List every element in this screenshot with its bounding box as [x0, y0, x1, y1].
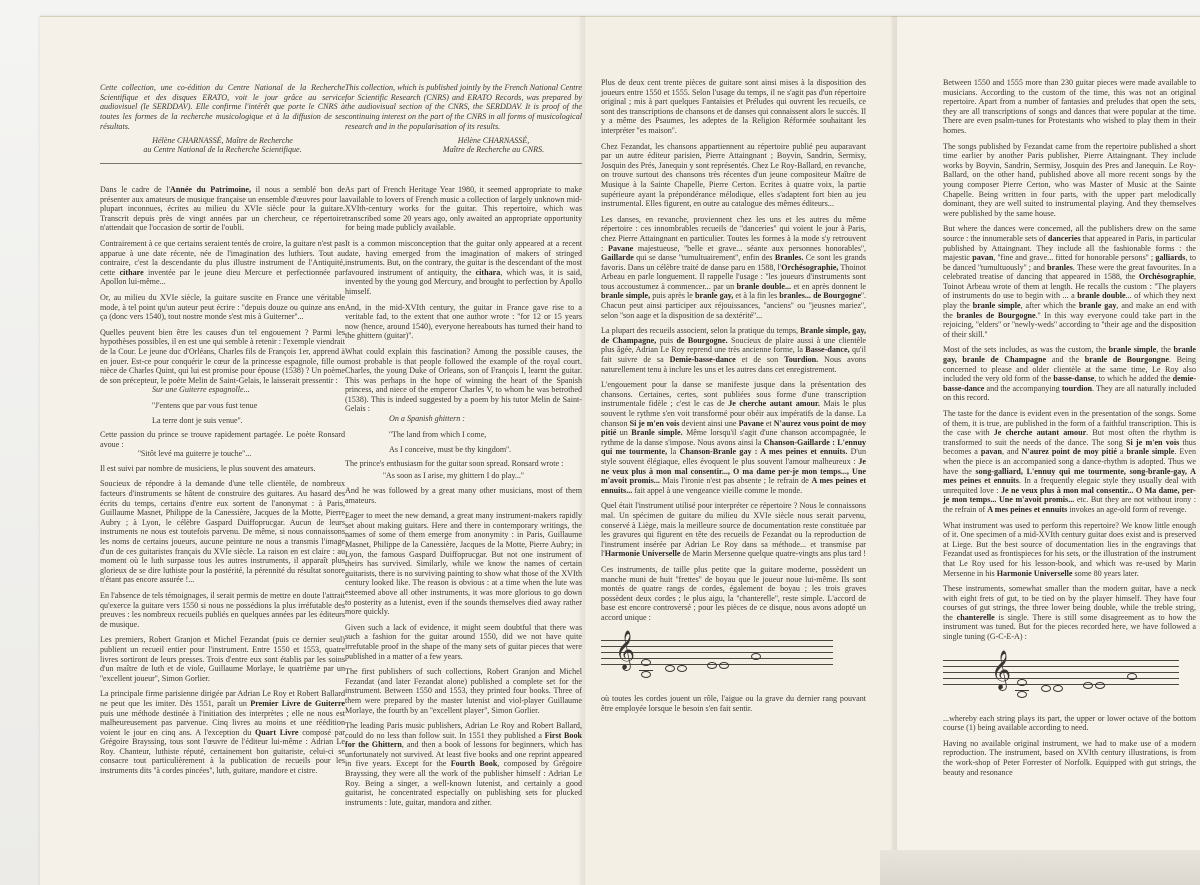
note-icon — [1095, 682, 1105, 689]
paragraph: Quel était l'instrument utilisé pour int… — [601, 501, 866, 559]
note-icon — [665, 665, 675, 672]
paragraph: Les premiers, Robert Granjon et Michel F… — [100, 635, 345, 683]
paragraph: The songs published by Fezandat came fro… — [943, 142, 1196, 219]
intro-french: Cette collection, une co-édition du Cent… — [100, 83, 345, 155]
note-icon — [1017, 691, 1027, 698]
paragraph: Having no available original instrument,… — [943, 739, 1196, 777]
paragraph: Dans le cadre de l'Année du Patrimoine, … — [100, 185, 345, 233]
note-icon — [1127, 673, 1137, 680]
column-english-2: Between 1550 and 1555 more than 230 guit… — [943, 78, 1196, 783]
paragraph: La plupart des recueils associent, selon… — [601, 326, 866, 374]
paragraph: Ces instruments, de taille plus petite q… — [601, 565, 866, 623]
paragraph: La principale firme parisienne dirigée p… — [100, 689, 345, 775]
poem-line: As I conceive, must be thy kingdom''. — [345, 445, 582, 455]
poem-line: ''The land from which I come, — [345, 430, 582, 440]
note-icon — [707, 662, 717, 669]
paragraph: And he was followed by a great many othe… — [345, 486, 582, 505]
quote: ''As soon as I arise, my ghittern I do p… — [345, 471, 582, 481]
column-english-1: As part of French Heritage Year 1980, it… — [345, 185, 582, 813]
signature-line: Hélène CHARNASSÉ, Maître de Recherche — [100, 136, 345, 146]
signature: Hélène CHARNASSÉ, Maître de Recherche au… — [345, 136, 582, 155]
intro-french-text: Cette collection, une co-édition du Cent… — [100, 83, 345, 132]
signature: Hélène CHARNASSÉ, Maître de Recherche au… — [100, 136, 345, 155]
paragraph: The leading Paris music publishers, Adri… — [345, 721, 582, 807]
signature-line: au Centre National de la Recherche Scien… — [100, 145, 345, 155]
paragraph: As part of French Heritage Year 1980, it… — [345, 185, 582, 233]
paragraph: L'engouement pour la danse se manifeste … — [601, 380, 866, 495]
paragraph: En l'absence de tels témoignages, il ser… — [100, 591, 345, 629]
intro-english-text: This collection, which is published join… — [345, 83, 582, 132]
paragraph: Most of the sets includes, as was the cu… — [943, 345, 1196, 403]
sleeve-shadow — [880, 850, 1200, 885]
paragraph: Or, au milieu du XVIe siècle, la guitare… — [100, 293, 345, 322]
paragraph: Contrairement à ce que certains seraient… — [100, 239, 345, 287]
intro-english: This collection, which is published join… — [345, 83, 582, 155]
sleeve-fold — [890, 16, 898, 885]
paragraph: The prince's enthusiasm for the guitar s… — [345, 459, 582, 469]
paragraph: It is a common misconception that the gu… — [345, 239, 582, 297]
paragraph: What could explain this fascination? Amo… — [345, 347, 582, 414]
paragraph: What instrument was used to perform this… — [943, 521, 1196, 579]
paragraph: But where the dances were concerned, all… — [943, 224, 1196, 339]
paragraph: Quelles peuvent bien être les causes d'u… — [100, 328, 345, 386]
paragraph: Eager to meet the new demand, a great ma… — [345, 511, 582, 617]
paragraph: Cette passion du prince se trouve rapide… — [100, 430, 345, 449]
poem-line: La terre dont je suis venue''. — [100, 416, 345, 426]
note-icon — [1083, 682, 1093, 689]
paragraph: These instruments, somewhat smaller than… — [943, 584, 1196, 642]
paragraph: où toutes les cordes jouent un rôle, l'a… — [601, 694, 866, 713]
quote: ''Sitôt levé ma guiterre je touche''... — [100, 449, 345, 459]
paragraph: Il est suivi par nombre de musiciens, le… — [100, 464, 345, 474]
poem-line: ''J'entens que par vous fust tenue — [100, 401, 345, 411]
paragraph: Les danses, en revanche, proviennent che… — [601, 215, 866, 321]
paragraph: The first publishers of such collections… — [345, 667, 582, 715]
paragraph: Plus de deux cent trente pièces de guita… — [601, 78, 866, 136]
tuning-staff-notation: 𝄞 — [943, 652, 1179, 704]
paragraph: Soucieux de répondre à la demande d'une … — [100, 479, 345, 585]
poem-title: Sur une Guiterre espagnolle... — [100, 385, 345, 395]
note-icon — [719, 662, 729, 669]
note-icon — [1053, 685, 1063, 692]
paragraph: Given such a lack of evidence, it might … — [345, 623, 582, 661]
column-french-2: Plus de deux cent trente pièces de guita… — [601, 78, 866, 720]
poem-title: On a Spanish ghittern : — [345, 414, 582, 424]
treble-clef-icon: 𝄞 — [615, 634, 635, 668]
paragraph: The taste for the dance is evident even … — [943, 409, 1196, 515]
signature-line: Hélène CHARNASSÉ, — [405, 136, 582, 146]
tuning-staff-notation: 𝄞 — [601, 632, 833, 684]
treble-clef-icon: 𝄞 — [991, 654, 1011, 688]
paragraph: Between 1550 and 1555 more than 230 guit… — [943, 78, 1196, 136]
note-icon — [641, 671, 651, 678]
column-french-1: Dans le cadre de l'Année du Patrimoine, … — [100, 185, 345, 782]
paragraph: Chez Fezandat, les chansons appartiennen… — [601, 142, 866, 209]
paragraph: And, in the mid-XVIth century, the guita… — [345, 303, 582, 341]
signature-line: Maître de Recherche au CNRS. — [405, 145, 582, 155]
note-icon — [1017, 679, 1027, 686]
note-icon — [1041, 685, 1051, 692]
note-icon — [677, 665, 687, 672]
divider — [100, 163, 345, 164]
divider — [345, 163, 582, 164]
paragraph: ...whereby each string plays its part, t… — [943, 714, 1196, 733]
